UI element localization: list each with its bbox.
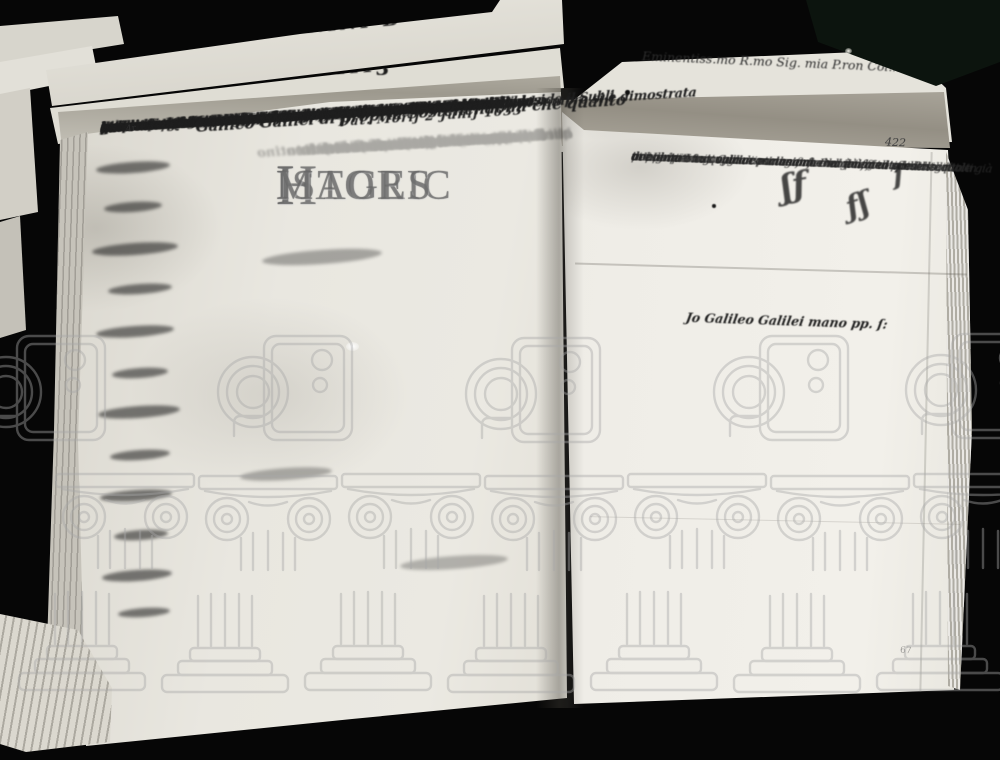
docket-mark: ʒ xyxy=(148,29,161,50)
page-number-422: 422 xyxy=(885,136,906,150)
speck xyxy=(845,48,852,54)
watermark-text: MAGES xyxy=(276,154,433,218)
galileo-signature: Jo Galileo Galilei mano pp. ſ: xyxy=(685,310,889,332)
docket-mark: IFNINI-B xyxy=(277,2,468,40)
folio-mark: 4r xyxy=(126,124,137,135)
speck xyxy=(346,342,359,351)
corner-pencil-mark: 67 xyxy=(900,646,912,657)
ink-flourish: ƒʃ xyxy=(841,185,874,225)
press-photo: IFNINI-B 4. ʒ IIIIʒ Eminentiss.mo R.mo S… xyxy=(0,0,1000,760)
historic-images-watermark: HISTORICIMAGES xyxy=(276,154,776,224)
speck xyxy=(625,90,630,95)
